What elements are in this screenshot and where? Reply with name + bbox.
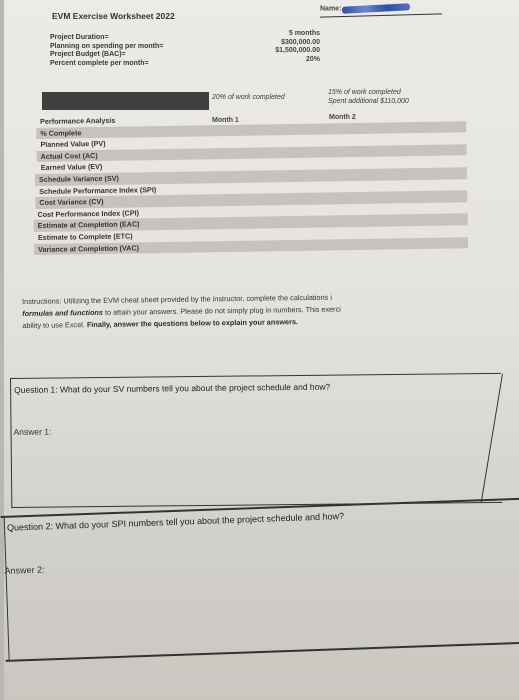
month2-note-line2: Spent additional $110,000	[328, 97, 409, 106]
param-label-percent-complete: Percent complete per month=	[50, 60, 163, 69]
param-value-duration: 5 months	[250, 30, 320, 39]
redacted-name-scribble	[342, 3, 410, 14]
answer2-label: Answer 2:	[4, 564, 44, 575]
param-label-budget: Project Budget (BAC)=	[50, 51, 163, 60]
instructions-part1: Instructions: Utilizing the EVM cheat sh…	[22, 293, 332, 306]
table-header-band	[42, 92, 209, 110]
instructions-part4: ability to use Excel.	[22, 320, 87, 330]
name-underline	[320, 13, 442, 17]
name-field: Name:	[320, 5, 410, 12]
param-value-budget: $1,500,000.00	[250, 47, 320, 56]
month2-note-line1: 15% of work completed	[328, 88, 409, 97]
worksheet-title: EVM Exercise Worksheet 2022	[52, 11, 175, 21]
instructions-final: Finally, answer the questions below to e…	[87, 317, 298, 329]
instructions-text: Instructions: Utilizing the EVM cheat sh…	[22, 289, 519, 332]
question1-text: Question 1: What do your SV numbers tell…	[14, 382, 330, 395]
name-label: Name:	[320, 5, 341, 12]
question2-bottom-border	[6, 641, 519, 662]
month1-note: 20% of work completed	[212, 94, 285, 101]
month2-note: 15% of work completed Spent additional $…	[328, 88, 409, 106]
question2-box: Question 2: What do your SPI numbers tel…	[0, 480, 519, 678]
project-parameter-values: 5 months $300,000.00 $1,500,000.00 20%	[250, 30, 320, 64]
project-parameters: Project Duration= Planning on spending p…	[50, 34, 163, 68]
instructions-part3: to attain your answers. Please do not si…	[103, 305, 341, 317]
question2-left-border	[4, 516, 10, 661]
instructions-emphasis: formulas and functions	[22, 308, 103, 318]
answer1-label: Answer 1:	[14, 427, 52, 437]
param-value-monthly-spend: $300,000.00	[250, 39, 320, 48]
param-label-monthly-spend: Planning on spending per month=	[50, 43, 163, 52]
performance-analysis-table: Performance Analysis % Complete Planned …	[36, 109, 468, 255]
param-value-percent-complete: 20%	[250, 56, 320, 65]
param-label-duration: Project Duration=	[50, 34, 163, 43]
